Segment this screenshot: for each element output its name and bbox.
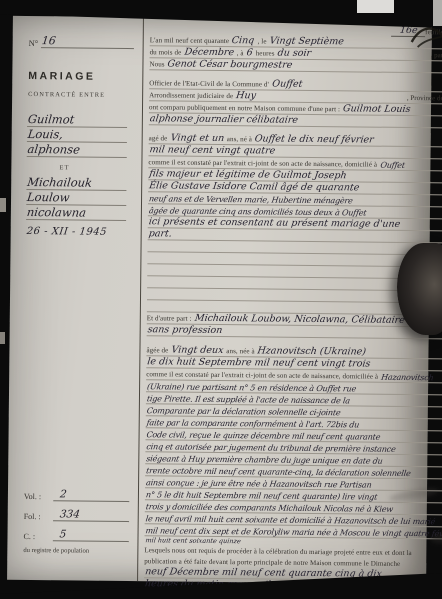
printed-text: Et d'autre part : (147, 314, 194, 323)
adjacent-page-bleed (0, 198, 6, 212)
register-page: N° 16 MARIAGE CONTRACTÉ ENTRE Guilmot Lo… (7, 16, 432, 584)
handwritten-text: Ouffet le dix neuf février (253, 133, 377, 145)
handwritten-text: Décembre (183, 47, 238, 59)
registry-vol-row: Vol. : 2 (24, 488, 130, 502)
handwritten-text: alphonse journalier célibataire (148, 113, 302, 126)
act-title: MARIAGE (28, 70, 134, 83)
spouse1-line: alphonse (27, 142, 129, 158)
act-subtitle: CONTRACTÉ ENTRE (28, 91, 134, 99)
handwritten-text: mil neuf cent vingt quatre (148, 144, 279, 156)
vol-value: 2 (53, 488, 130, 502)
handwritten-text: du soir (276, 48, 315, 59)
printed-text: Nous (149, 60, 166, 69)
printed-text: , par devant (431, 51, 442, 60)
registry-fol-row: Fol. : 334 (24, 508, 130, 522)
handwritten-text: Huy (234, 90, 259, 101)
conjunction-label: ET (27, 164, 101, 172)
fol-value: 334 (53, 508, 130, 522)
spouse2-line: nicolawna (26, 205, 128, 221)
handwritten-text: Élie Gustave Isidore Camil âgé de quaran… (147, 180, 363, 193)
printed-text: L'an mil neuf cent quarante (150, 36, 231, 46)
act-number: N° 16 (29, 34, 135, 49)
marriage-date: 26 - XII - 1945 (26, 226, 133, 238)
background-paper-corner (357, 0, 394, 13)
printed-text: , Province de Liège, (407, 94, 442, 104)
handwritten-text: Ouffet (270, 79, 306, 90)
spouse2-name: Michailouk Loulow nicolawna (27, 175, 133, 221)
handwritten-text: fils majeur et légitime de Guilmot Josep… (148, 168, 351, 181)
handwritten-text: Hazanovitsch (380, 373, 438, 383)
handwritten-text: Ouffet (379, 161, 409, 170)
handwritten-text: Vingt Septième (268, 36, 348, 48)
population-registry-box: Vol. : 2 Fol. : 334 C. : 5 du registre d… (23, 481, 130, 569)
spouse2-line: Loulow (26, 190, 128, 206)
spouse1-line: Louis, (27, 127, 129, 143)
margin-column: N° 16 MARIAGE CONTRACTÉ ENTRE Guilmot Lo… (7, 16, 144, 581)
handwritten-text: Guilmot Louis (341, 103, 414, 115)
act-number-label: N° (29, 38, 42, 48)
handwritten-text: part. (147, 228, 176, 239)
vol-label: Vol. : (24, 492, 54, 501)
printed-text: ans, né à (227, 135, 254, 144)
handwritten-text: Genot César bourgmestre (166, 58, 296, 70)
handwritten-text: Hzanovitsch (Ukraine) (256, 345, 370, 357)
registry-footer: du registre de population (23, 547, 129, 555)
printed-text: ans, née à (226, 347, 256, 356)
printed-text: heures (256, 49, 277, 58)
handwritten-text: Vingt deux (170, 344, 227, 356)
printed-text: Arrondissement judiciaire de (149, 91, 235, 101)
printed-text: , le (258, 37, 269, 46)
act-body: 16efeuilletL'an mil neuf cent quaranteCi… (138, 17, 442, 584)
spouse1-line: Guilmot (27, 112, 129, 128)
spouse1-name: Guilmot Louis, alphonse (27, 112, 133, 158)
handwritten-text: Cinq (230, 35, 258, 46)
c-label: C. : (23, 532, 53, 541)
printed-text: agé de (149, 134, 170, 143)
act-number-value: 16 (40, 34, 135, 49)
background-paper-edge (433, 0, 442, 26)
registry-c-row: C. : 5 (23, 528, 129, 542)
handwritten-text: Michailouk Loubow, Nicolawna, Célibatair… (193, 313, 408, 326)
adjacent-page-bleed (0, 332, 5, 344)
printed-text: Officier de l'Etat-Civil de la Commune d… (149, 79, 271, 89)
c-value: 5 (53, 528, 130, 542)
fol-label: Fol. : (24, 512, 54, 521)
printed-text: âgée de (146, 346, 170, 355)
spouse2-line: Michailouk (26, 175, 128, 191)
handwritten-text: sans profession (146, 324, 226, 336)
photographed-register-page: N° 16 MARIAGE CONTRACTÉ ENTRE Guilmot Lo… (0, 0, 442, 599)
handwritten-text: 6 (245, 47, 257, 58)
printed-text: du mois de (150, 48, 184, 57)
handwritten-text: Vingt et un (169, 132, 228, 144)
